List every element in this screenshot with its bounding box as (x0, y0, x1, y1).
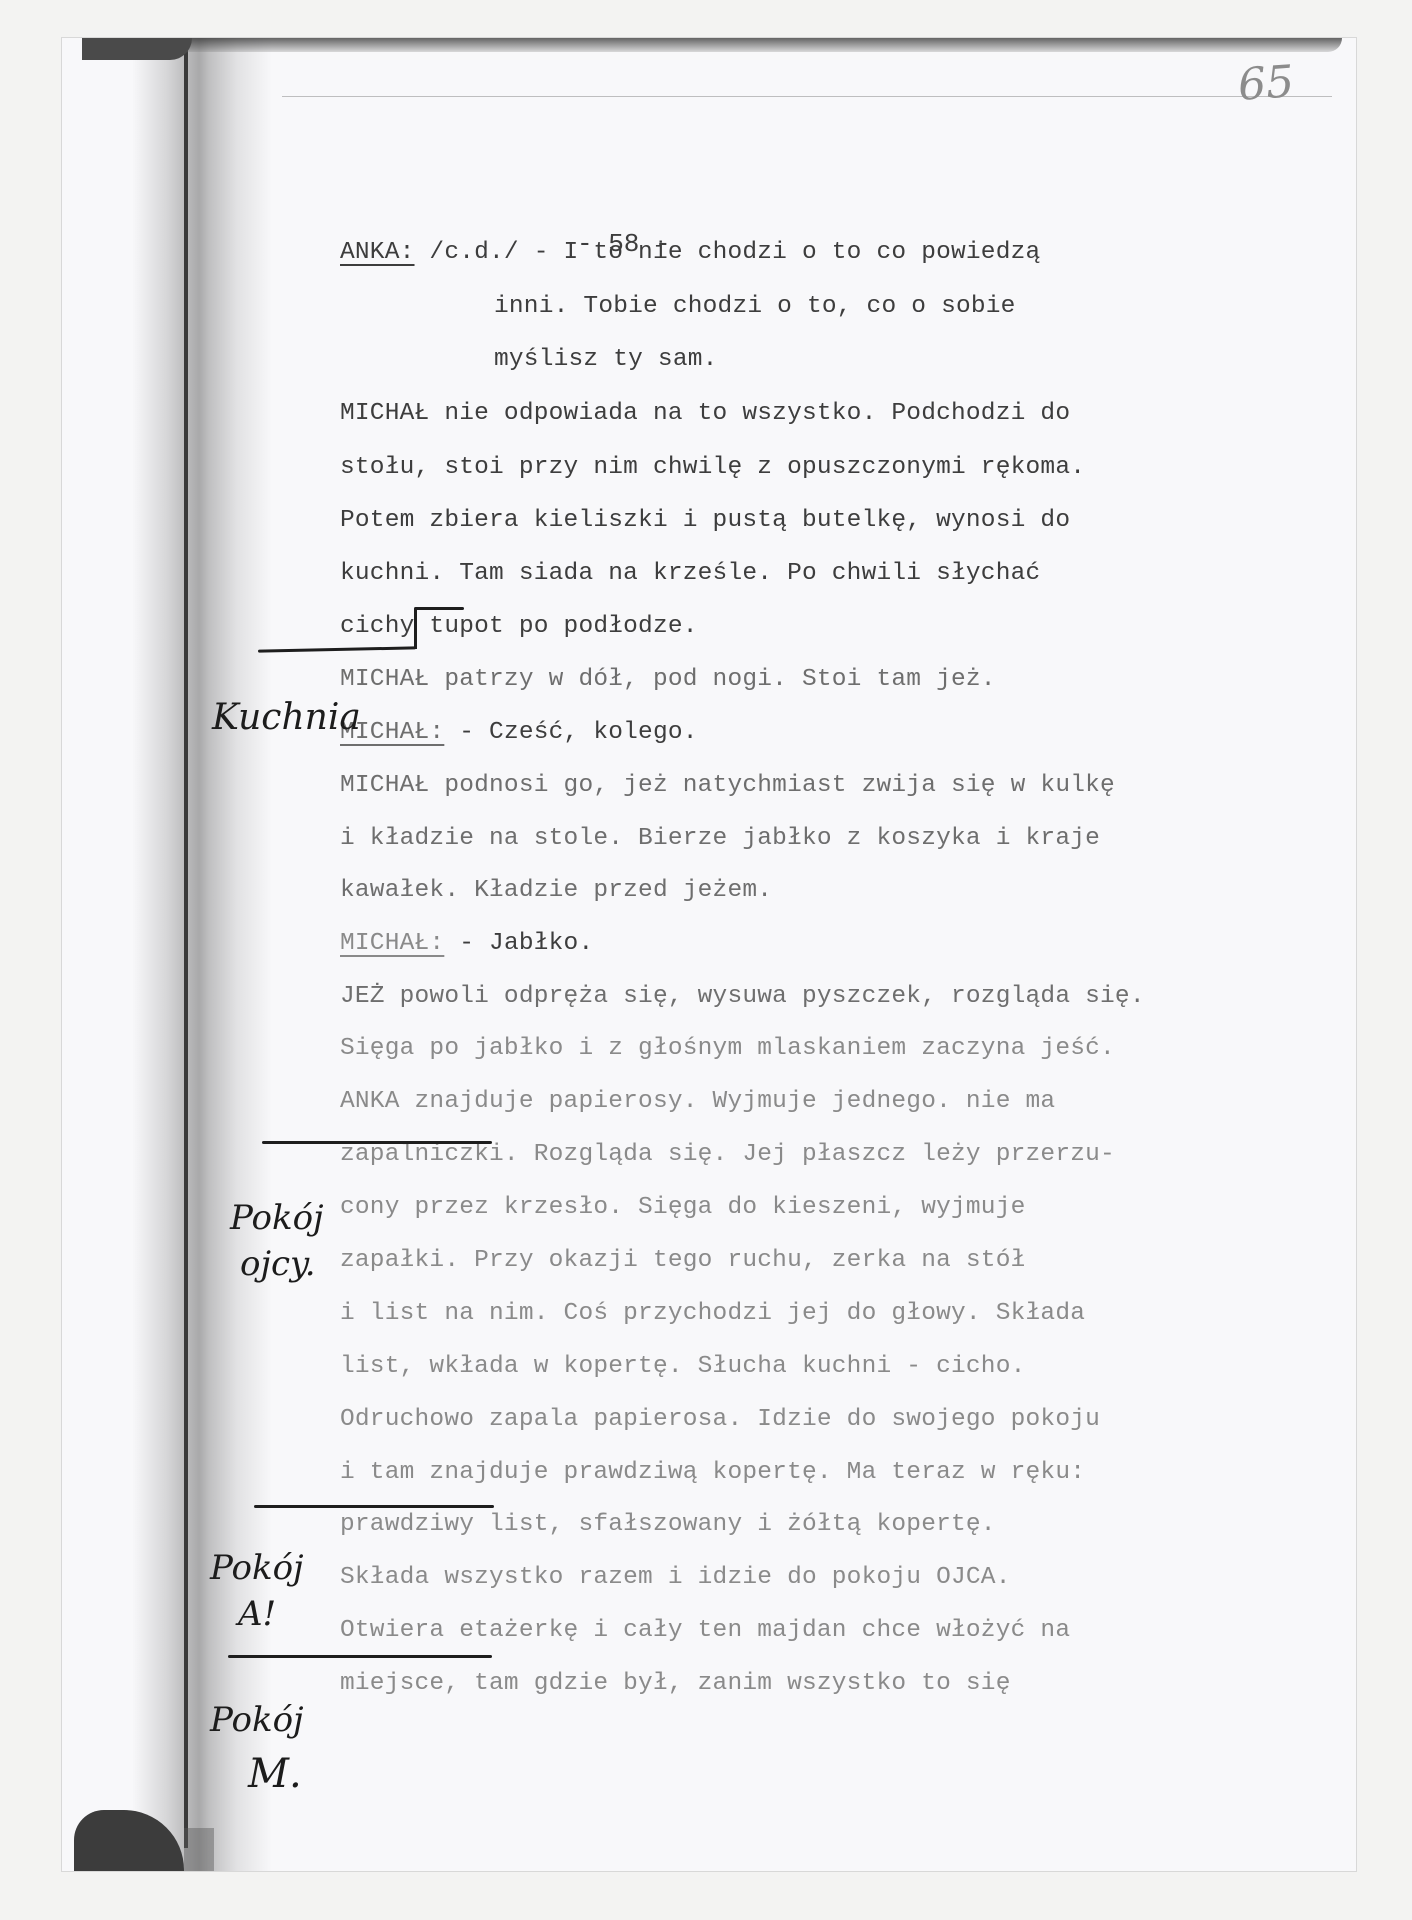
text-line: Składa wszystko razem i idzie do pokoju … (340, 1563, 1011, 1593)
text-line: zapalniczki. Rozgląda się. Jej płaszcz l… (340, 1140, 1115, 1170)
text-line: ANKA znajduje papierosy. Wyjmuje jednego… (340, 1087, 1055, 1117)
scene-break-bracket (414, 609, 417, 649)
speaker-label: MICHAŁ: (340, 930, 444, 957)
scene-break-line (254, 1505, 494, 1508)
text-line: kawałek. Kładzie przed jeżem. (340, 876, 772, 906)
margin-note-pokoj-m-line1: Pokój (210, 1700, 304, 1740)
text-line: miejsce, tam gdzie był, zanim wszystko t… (340, 1669, 1011, 1699)
text-line: stołu, stoi przy nim chwilę z opuszczony… (340, 453, 1085, 483)
text-line: inni. Tobie chodzi o to, co o sobie (494, 292, 1016, 322)
text-line: ANKA: /c.d./ - I to nie chodzi o to co p… (340, 238, 1040, 268)
scene-break-line (228, 1655, 492, 1658)
text-line: myślisz ty sam. (494, 345, 718, 375)
text-line: JEŻ powoli odpręża się, wysuwa pyszczek,… (340, 982, 1145, 1012)
scanned-page: 65 - 58 - ANKA: /c.d./ - I to nie chodzi… (62, 38, 1356, 1871)
text-line: cony przez krzesło. Sięga do kieszeni, w… (340, 1193, 1026, 1223)
text-line: prawdziwy list, sfałszowany i żółtą kope… (340, 1510, 996, 1540)
text-line: zapałki. Przy okazji tego ruchu, zerka n… (340, 1246, 1026, 1276)
text-line: Otwiera etażerkę i cały ten majdan chce … (340, 1616, 1070, 1646)
margin-note-pokoj-ojca-line1: Pokój (230, 1198, 324, 1238)
scene-break-line (258, 646, 416, 652)
top-rule (282, 96, 1332, 97)
text-line: MICHAŁ: - Jabłko. (340, 929, 593, 959)
text-line: Sięga po jabłko i z głośnym mlaskaniem z… (340, 1034, 1115, 1064)
text-line: cichy tupot po podłodze. (340, 612, 698, 642)
margin-note-pokoj-a-line2: A! (238, 1594, 276, 1634)
text-line: MICHAŁ podnosi go, jeż natychmiast zwija… (340, 771, 1115, 801)
bottom-gutter-shadow (184, 1828, 214, 1871)
scene-break-arrow (414, 607, 464, 610)
text-line: Odruchowo zapala papierosa. Idzie do swo… (340, 1405, 1100, 1435)
margin-note-pokoj-m-line2: M. (248, 1754, 302, 1794)
text-line: MICHAŁ patrzy w dół, pod nogi. Stoi tam … (340, 665, 996, 695)
margin-note-pokoj-a-line1: Pokój (210, 1548, 304, 1588)
speaker-label: ANKA: (340, 239, 415, 266)
binding-line (184, 48, 188, 1848)
top-edge-shadow (82, 38, 1342, 52)
text-line: MICHAŁ: - Cześć, kolego. (340, 718, 698, 748)
margin-note-pokoj-ojca-line2: ojcy. (240, 1244, 316, 1284)
text-line: i list na nim. Coś przychodzi jej do gło… (340, 1299, 1085, 1329)
text-line: i tam znajduje prawdziwą kopertę. Ma ter… (340, 1458, 1085, 1488)
text-line: i kładzie na stole. Bierze jabłko z kosz… (340, 824, 1100, 854)
top-corner-shadow (82, 38, 192, 60)
text-line: Potem zbiera kieliszki i pustą butelkę, … (340, 506, 1070, 536)
margin-note-kuchnia: Kuchnia (212, 698, 361, 738)
handwritten-folio-number: 65 (1236, 56, 1295, 111)
text-line: MICHAŁ nie odpowiada na to wszystko. Pod… (340, 399, 1070, 429)
text-line: list, wkłada w kopertę. Słucha kuchni - … (340, 1352, 1026, 1382)
text-line: kuchni. Tam siada na krześle. Po chwili … (340, 559, 1040, 589)
scene-break-line (262, 1141, 492, 1144)
